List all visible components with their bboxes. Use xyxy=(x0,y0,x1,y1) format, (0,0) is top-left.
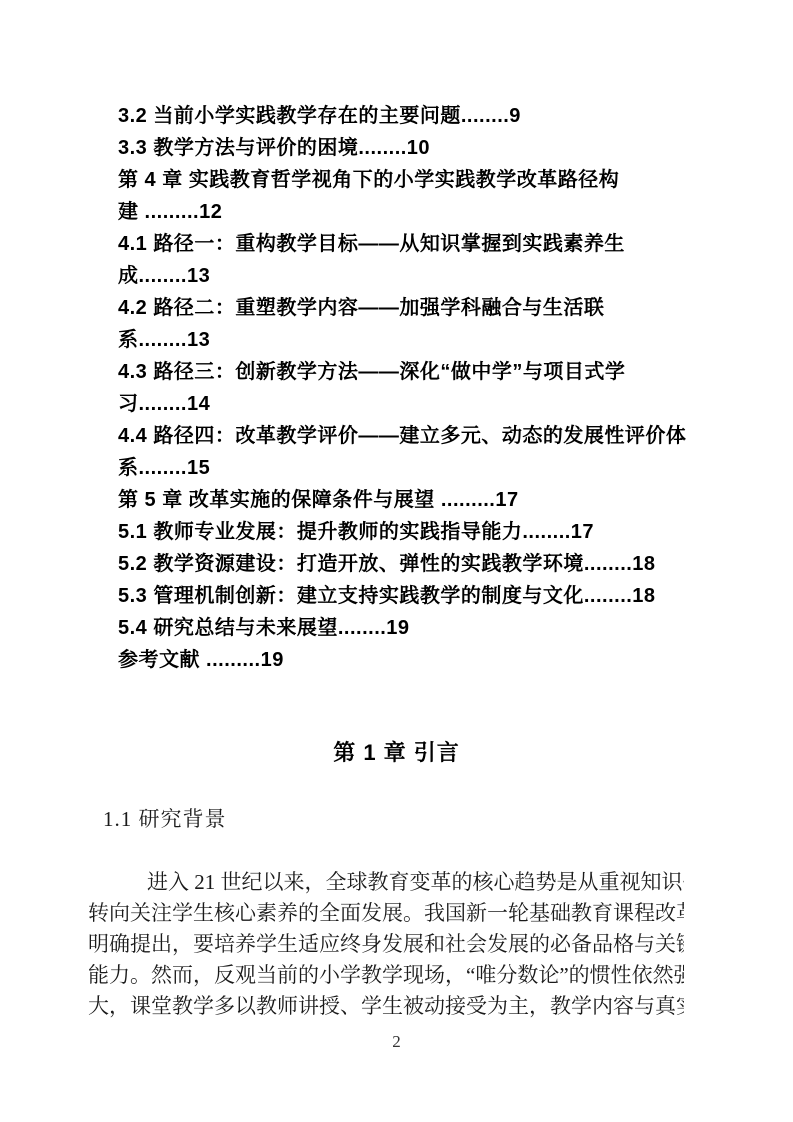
toc-line: 建 .........12 xyxy=(118,196,703,228)
toc-line: 系........15 xyxy=(118,452,703,484)
body-paragraph: 进入 21 世纪以来，全球教育变革的核心趋势是从重视知识传授 转向关注学生核心素… xyxy=(88,867,684,1022)
toc-line: 4.3 路径三：创新教学方法——深化“做中学”与项目式学 xyxy=(118,356,703,388)
chapter-heading: 第 1 章 引言 xyxy=(0,736,793,769)
paragraph-line: 大，课堂教学多以教师讲授、学生被动接受为主，教学内容与真实 xyxy=(88,991,684,1022)
toc-line: 第 5 章 改革实施的保障条件与展望 .........17 xyxy=(118,484,703,516)
section-heading: 1.1 研究背景 xyxy=(103,803,227,836)
toc-line: 成........13 xyxy=(118,260,703,292)
toc-line: 系........13 xyxy=(118,324,703,356)
table-of-contents: 3.2 当前小学实践教学存在的主要问题........9 3.3 教学方法与评价… xyxy=(118,100,703,676)
toc-line: 3.3 教学方法与评价的困境........10 xyxy=(118,132,703,164)
toc-line: 5.3 管理机制创新：建立支持实践教学的制度与文化........18 xyxy=(118,580,703,612)
toc-line: 5.4 研究总结与未来展望........19 xyxy=(118,612,703,644)
page-number: 2 xyxy=(0,1032,793,1052)
toc-line: 5.2 教学资源建设：打造开放、弹性的实践教学环境........18 xyxy=(118,548,703,580)
toc-line: 4.4 路径四：改革教学评价——建立多元、动态的发展性评价体 xyxy=(118,420,703,452)
toc-line: 3.2 当前小学实践教学存在的主要问题........9 xyxy=(118,100,703,132)
toc-line: 参考文献 .........19 xyxy=(118,644,703,676)
paragraph-line: 转向关注学生核心素养的全面发展。我国新一轮基础教育课程改革 xyxy=(88,898,684,929)
document-page: 3.2 当前小学实践教学存在的主要问题........9 3.3 教学方法与评价… xyxy=(0,0,793,1122)
paragraph-line: 能力。然而，反观当前的小学教学现场，“唯分数论”的惯性依然强 xyxy=(88,960,684,991)
toc-line: 4.1 路径一：重构教学目标——从知识掌握到实践素养生 xyxy=(118,228,703,260)
paragraph-line: 进入 21 世纪以来，全球教育变革的核心趋势是从重视知识传授 xyxy=(88,867,684,898)
paragraph-line: 明确提出，要培养学生适应终身发展和社会发展的必备品格与关键 xyxy=(88,929,684,960)
toc-line: 5.1 教师专业发展：提升教师的实践指导能力........17 xyxy=(118,516,703,548)
toc-line: 4.2 路径二：重塑教学内容——加强学科融合与生活联 xyxy=(118,292,703,324)
toc-line: 第 4 章 实践教育哲学视角下的小学实践教学改革路径构 xyxy=(118,164,703,196)
toc-line: 习........14 xyxy=(118,388,703,420)
